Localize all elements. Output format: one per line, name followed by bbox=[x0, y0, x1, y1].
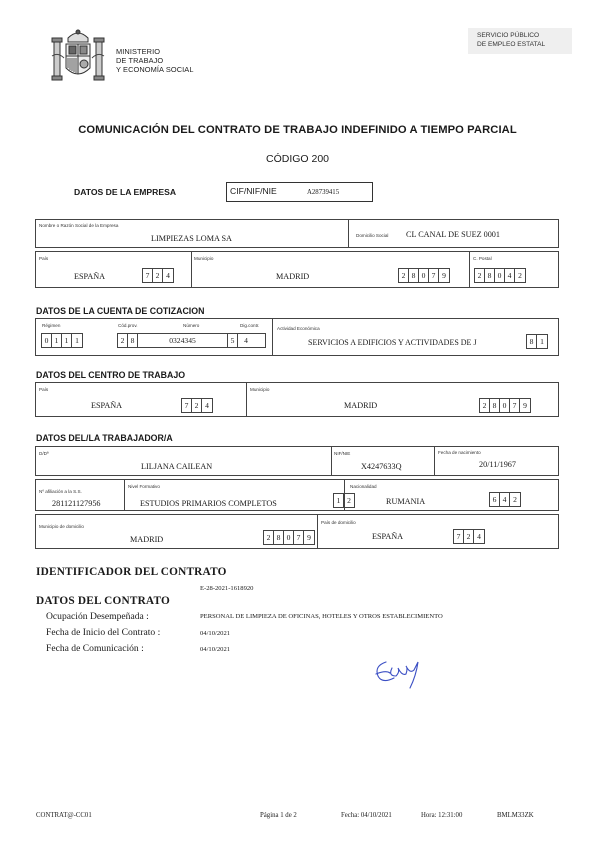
fecha-comunicacion-value: 04/10/2021 bbox=[200, 646, 230, 653]
code-digit: 4 bbox=[163, 269, 173, 282]
contrato-heading: DATOS DEL CONTRATO bbox=[36, 595, 170, 607]
cotizacion-row: Régimen 0111 Cód.prov. Número Dig.contr.… bbox=[35, 318, 559, 356]
code-digit: 2 bbox=[192, 399, 202, 412]
actividad-code: 81 bbox=[526, 334, 548, 349]
numero-value: 0324345 bbox=[138, 334, 228, 347]
codprov-label: Cód.prov. bbox=[118, 323, 138, 328]
sepe-line-1: SERVICIO PÚBLICO bbox=[477, 32, 572, 41]
afiliacion-label: Nº afiliación a la S.S. bbox=[39, 489, 82, 494]
footer-fecha: Fecha: 04/10/2021 bbox=[341, 812, 392, 819]
ocupacion-value: PERSONAL DE LIMPIEZA DE OFICINAS, HOTELE… bbox=[200, 613, 443, 620]
code-digit: 0 bbox=[419, 269, 429, 282]
pais-dom-label: País de domicilio bbox=[321, 520, 356, 525]
pais-value: ESPAÑA bbox=[74, 272, 105, 281]
actividad-label: Actividad Económica bbox=[277, 326, 320, 331]
ministry-line-2: DE TRABAJO bbox=[116, 56, 194, 65]
nacionalidad-code: 642 bbox=[489, 492, 521, 507]
centro-pais-code: 724 bbox=[181, 398, 213, 413]
footer-page: Página 1 de 2 bbox=[260, 812, 297, 819]
domicilio-value: CL CANAL DE SUEZ 0001 bbox=[406, 230, 500, 239]
municipio-code: 28079 bbox=[398, 268, 450, 283]
municipio-label: Municipio bbox=[194, 256, 213, 261]
cif-field: CIF/NIF/NIE A28739415 bbox=[226, 182, 373, 202]
code-digit: 2 bbox=[153, 269, 163, 282]
regimen-label: Régimen bbox=[42, 323, 60, 328]
ocupacion-label: Ocupación Desempeñada : bbox=[46, 611, 149, 622]
empresa-row-1: Nombre o Razón Social de la Empresa LIMP… bbox=[35, 219, 559, 248]
trabajador-nombre-label: D/Dª bbox=[39, 451, 49, 456]
pais-code: 724 bbox=[142, 268, 174, 283]
code-digit: 0 bbox=[495, 269, 505, 282]
cif-label: CIF/NIF/NIE bbox=[230, 186, 277, 196]
code-digit: 7 bbox=[143, 269, 153, 282]
code-digit: 9 bbox=[304, 531, 314, 544]
code-digit: 1 bbox=[72, 334, 82, 347]
section-trabajador-heading: DATOS DEL/LA TRABAJADOR/A bbox=[36, 433, 173, 443]
fecha-inicio-label: Fecha de Inicio del Contrato : bbox=[46, 627, 160, 638]
code-digit: 2 bbox=[344, 494, 354, 507]
code-digit: 4 bbox=[500, 493, 510, 506]
trabajador-row-3: Municipio de domicilio MADRID 28079 País… bbox=[35, 514, 559, 549]
cp-label: C. Postal bbox=[473, 256, 492, 261]
code-digit: 1 bbox=[537, 335, 547, 348]
spain-coat-of-arms-icon bbox=[50, 28, 106, 86]
code-digit: 1 bbox=[62, 334, 72, 347]
identificador-heading: IDENTIFICADOR DEL CONTRATO bbox=[36, 566, 227, 578]
code-digit: 2 bbox=[480, 399, 490, 412]
code-digit: 9 bbox=[520, 399, 530, 412]
code-digit: 0 bbox=[42, 334, 52, 347]
nacimiento-value: 20/11/1967 bbox=[479, 460, 516, 469]
footer-form-code: CONTRAT@-CC01 bbox=[36, 812, 92, 819]
centro-pais-value: ESPAÑA bbox=[91, 401, 122, 410]
ministry-line-1: MINISTERIO bbox=[116, 47, 194, 56]
trabajador-nombre-value: LILJANA CAILEAN bbox=[141, 462, 212, 471]
signature bbox=[372, 656, 428, 699]
code-digit: 7 bbox=[294, 531, 304, 544]
nif-label: NIF/NIE bbox=[334, 451, 350, 456]
code-digit: 4 bbox=[474, 530, 484, 543]
code-digit: 1 bbox=[52, 334, 62, 347]
code-digit: 4 bbox=[505, 269, 515, 282]
pais-dom-code: 724 bbox=[453, 529, 485, 544]
digcontr-digit-1: 5 bbox=[228, 334, 238, 347]
pais-dom-value: ESPAÑA bbox=[372, 532, 403, 541]
document-code: CÓDIGO 200 bbox=[0, 153, 595, 165]
nif-value: X4247633Q bbox=[361, 462, 401, 471]
nivel-label: Nivel Formativo bbox=[128, 484, 160, 489]
codprov-digit-2: 8 bbox=[128, 334, 138, 347]
code-digit: 7 bbox=[510, 399, 520, 412]
pais-label: País bbox=[39, 256, 48, 261]
fecha-comunicacion-label: Fecha de Comunicación : bbox=[46, 643, 144, 654]
identificador-value: E-28-2021-1618920 bbox=[200, 585, 253, 592]
code-digit: 2 bbox=[515, 269, 525, 282]
code-digit: 6 bbox=[490, 493, 500, 506]
code-digit: 0 bbox=[500, 399, 510, 412]
cp-code: 28042 bbox=[474, 268, 526, 283]
numero-label: Número bbox=[183, 323, 199, 328]
code-digit: 2 bbox=[475, 269, 485, 282]
trabajador-row-2: Nº afiliación a la S.S. 281121127956 Niv… bbox=[35, 479, 559, 511]
fecha-inicio-value: 04/10/2021 bbox=[200, 630, 230, 637]
centro-pais-label: País bbox=[39, 387, 48, 392]
code-digit: 8 bbox=[485, 269, 495, 282]
code-digit: 2 bbox=[399, 269, 409, 282]
afiliacion-value: 281121127956 bbox=[52, 499, 101, 508]
sepe-line-2: DE EMPLEO ESTATAL bbox=[477, 41, 572, 50]
code-digit: 2 bbox=[264, 531, 274, 544]
municipio-value: MADRID bbox=[276, 272, 309, 281]
code-digit: 8 bbox=[527, 335, 537, 348]
centro-row: País ESPAÑA 724 Municipio MADRID 28079 bbox=[35, 382, 559, 417]
actividad-value: SERVICIOS A EDIFICIOS Y ACTIVIDADES DE J bbox=[308, 338, 477, 347]
code-digit: 4 bbox=[202, 399, 212, 412]
footer-ref: BMLM33ZK bbox=[497, 812, 534, 819]
ministry-line-3: Y ECONOMÍA SOCIAL bbox=[116, 65, 194, 74]
mun-dom-label: Municipio de domicilio bbox=[39, 524, 84, 529]
code-digit: 1 bbox=[334, 494, 344, 507]
mun-dom-code: 28079 bbox=[263, 530, 315, 545]
section-empresa-heading: DATOS DE LA EMPRESA bbox=[74, 187, 176, 197]
centro-municipio-value: MADRID bbox=[344, 401, 377, 410]
mun-dom-value: MADRID bbox=[130, 535, 163, 544]
code-digit: 8 bbox=[409, 269, 419, 282]
trabajador-row-1: D/Dª LILJANA CAILEAN NIF/NIE X4247633Q F… bbox=[35, 446, 559, 476]
section-centro-heading: DATOS DEL CENTRO DE TRABAJO bbox=[36, 370, 185, 380]
nivel-value: ESTUDIOS PRIMARIOS COMPLETOS bbox=[140, 499, 277, 508]
nacimiento-label: Fecha de nacimiento bbox=[438, 450, 481, 455]
centro-municipio-label: Municipio bbox=[250, 387, 269, 392]
digcontr-digit-2: 4 bbox=[238, 334, 254, 347]
code-digit: 2 bbox=[464, 530, 474, 543]
nacionalidad-label: Nacionalidad bbox=[350, 484, 377, 489]
code-digit: 8 bbox=[490, 399, 500, 412]
code-digit: 8 bbox=[274, 531, 284, 544]
sepe-logo: SERVICIO PÚBLICO DE EMPLEO ESTATAL bbox=[468, 28, 572, 54]
empresa-row-2: País ESPAÑA 724 Municipio MADRID 28079 C… bbox=[35, 251, 559, 288]
centro-municipio-code: 28079 bbox=[479, 398, 531, 413]
code-digit: 0 bbox=[284, 531, 294, 544]
code-digit: 9 bbox=[439, 269, 449, 282]
ministry-name: MINISTERIO DE TRABAJO Y ECONOMÍA SOCIAL bbox=[116, 47, 194, 74]
nacionalidad-value: RUMANIA bbox=[386, 497, 425, 506]
section-cotizacion-heading: DATOS DE LA CUENTA DE COTIZACION bbox=[36, 306, 204, 316]
nombre-value: LIMPIEZAS LOMA SA bbox=[151, 234, 232, 243]
footer-hora: Hora: 12:31:00 bbox=[421, 812, 462, 819]
digcontr-label: Dig.contr. bbox=[240, 323, 259, 328]
domicilio-label: Domicilio Social bbox=[356, 233, 388, 238]
nombre-label: Nombre o Razón Social de la Empresa bbox=[39, 223, 118, 228]
document-title: COMUNICACIÓN DEL CONTRATO DE TRABAJO IND… bbox=[0, 124, 595, 136]
cif-value: A28739415 bbox=[307, 189, 339, 196]
cuenta-code: 2 8 0324345 5 4 bbox=[117, 333, 266, 348]
code-digit: 2 bbox=[510, 493, 520, 506]
code-digit: 7 bbox=[454, 530, 464, 543]
regimen-code: 0111 bbox=[41, 333, 83, 348]
code-digit: 7 bbox=[182, 399, 192, 412]
codprov-digit-1: 2 bbox=[118, 334, 128, 347]
code-digit: 7 bbox=[429, 269, 439, 282]
